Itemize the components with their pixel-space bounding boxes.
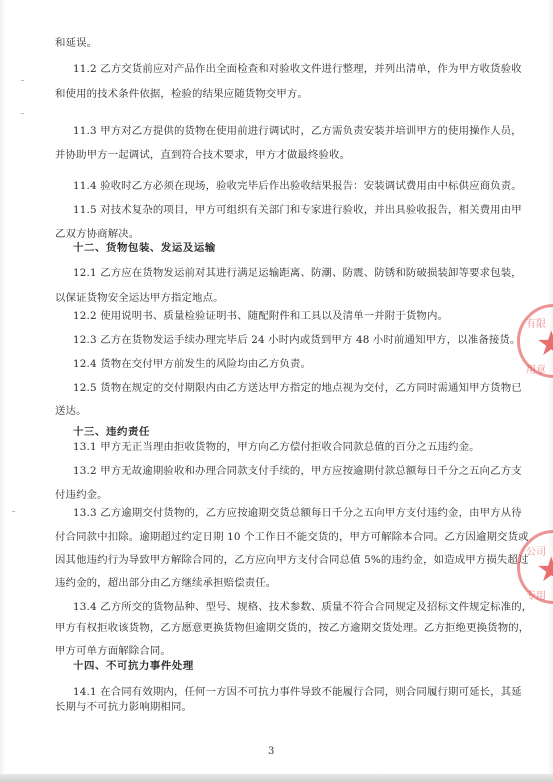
paragraph-line: 11.4 验收时乙方必须在现场，验收完毕后作出验收结果报告：安装调试费用由中标供…	[73, 179, 522, 193]
paragraph-line: 11.2 乙方交货前应对产品作出全面检查和对验收文件进行整理，并列出清单，作为甲…	[73, 62, 522, 76]
margin-mark	[21, 80, 24, 81]
margin-mark	[21, 113, 24, 114]
page-number: 3	[268, 746, 274, 757]
paragraph-line: 12.3 乙方在货物发运手续办理完毕后 24 小时内或货到甲方 48 小时前通知…	[73, 333, 521, 347]
paragraph-line: 12.2 使用说明书、质量检验证明书、随配附件和工具以及清单一并附于货物内。	[73, 309, 448, 323]
paragraph-line: 因其他违约行为导致甲方解除合同的，乙方应向甲方支付合同总值 5%的违约金，如造成…	[55, 553, 528, 567]
paragraph-line: 12.5 货物在规定的交付期限内由乙方送达甲方指定的地点视为交付，乙方同时需通知…	[73, 381, 522, 395]
margin-mark	[12, 511, 15, 512]
page-bottom-edge	[0, 774, 553, 782]
paragraph-line: 12.1 乙方应在货物发运前对其进行满足运输距离、防潮、防震、防锈和防破损装卸等…	[73, 266, 522, 280]
star-icon: ★	[536, 553, 553, 587]
section-heading: 十四、不可抗力事件处理	[73, 659, 194, 673]
paragraph-line: 乙双方协商解决。	[55, 227, 139, 241]
paragraph-line: 长期与不可抗力影响期相同。	[55, 700, 192, 714]
paragraph-line: 14.1 在合同有效期内，任何一方因不可抗力事件导致不能履行合同，则合同履行期可…	[73, 685, 522, 699]
paragraph-line: 和使用的技术条件依据，检验的结果应随货物交甲方。	[55, 87, 308, 101]
paragraph-line: 以保证货物安全运达甲方指定地点。	[55, 291, 224, 305]
red-seal-stamp: 有限 ★ 用章	[517, 304, 553, 378]
paragraph-line: 13.3 乙方逾期交付货物的，乙方应按逾期交货总额每日千分之五向甲方支付违约金，…	[73, 506, 522, 520]
paragraph-line: 违约金的，超出部分由乙方继续承担赔偿责任。	[55, 576, 276, 590]
paragraph-line: 甲方可单方面解除合同。	[55, 644, 171, 658]
paragraph-line: 13.1 甲方无正当理由拒收货物的，甲方向乙方偿付拒收合同款总值的百分之五违约金…	[73, 440, 480, 454]
paragraph-line: 和延误。	[55, 36, 97, 50]
star-icon: ★	[536, 327, 553, 361]
paragraph-line: 甲方有权拒收该货物，乙方愿意更换货物但逾期交货的，按乙方逾期交货处理。乙方拒绝更…	[55, 621, 529, 635]
paragraph-line: 送达。	[55, 404, 87, 418]
paragraph-line: 12.4 货物在交付甲方前发生的风险均由乙方负责。	[73, 357, 311, 371]
stamp-text-bottom: 专用	[526, 587, 546, 602]
section-heading: 十三、违约责任	[73, 425, 150, 439]
paragraph-line: 13.4 乙方所交的货物品种、型号、规格、技术参数、质量不符合合同规定及招标文件…	[73, 600, 532, 614]
section-heading: 十二、货物包装、发运及运输	[73, 241, 216, 255]
paragraph-line: 付违约金。	[55, 488, 108, 502]
stamp-text-bottom: 用章	[526, 361, 546, 376]
paragraph-line: 13.2 甲方无故逾期验收和办理合同款支付手续的，甲方应按逾期付款总额每日千分之…	[73, 464, 522, 478]
paragraph-line: 11.3 甲方对乙方提供的货物在使用前进行调试时，乙方需负责安装并培训甲方的使用…	[73, 124, 522, 138]
paragraph-line: 11.5 对技术复杂的项目，甲方可组织有关部门和专家进行验收，并出具验收报告，相…	[73, 203, 522, 217]
paragraph-line: 并协助甲方一起调试，直到符合技术要求，甲方才做最终验收。	[55, 148, 350, 162]
paragraph-line: 付合同款中扣除。逾期超过约定日期 10 个工作日不能交货的，甲方可解除本合同。乙…	[55, 530, 529, 544]
document-page: 和延误。11.2 乙方交货前应对产品作出全面检查和对验收文件进行整理，并列出清单…	[0, 0, 553, 782]
